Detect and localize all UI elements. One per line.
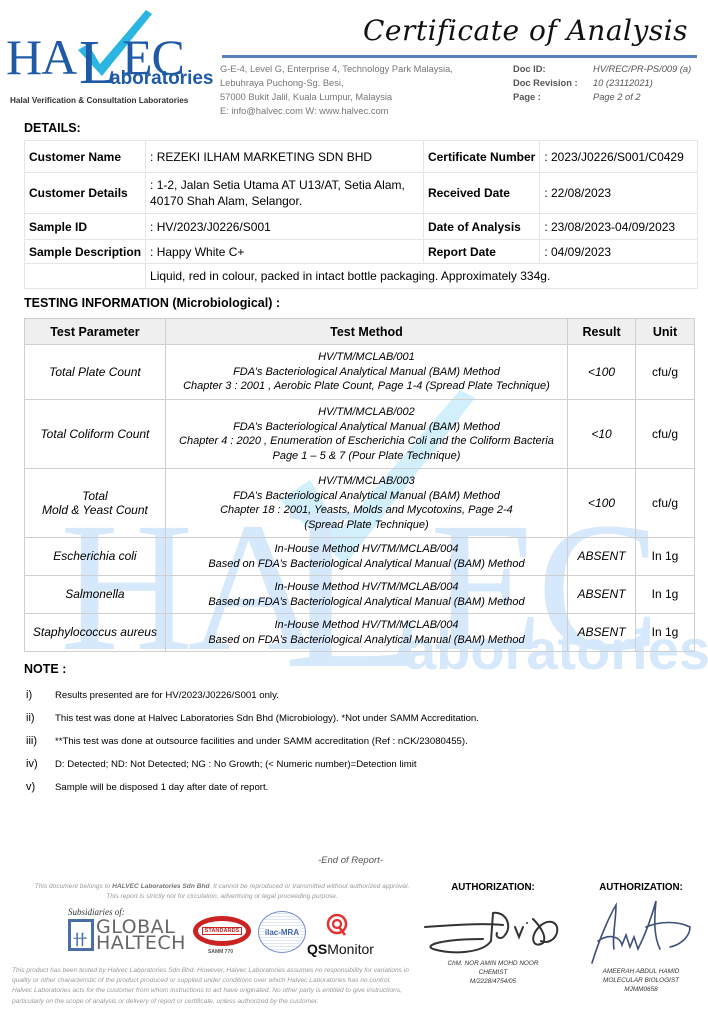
authorization-heading: AUTHORIZATION: [418,882,568,893]
authorizer-name: ChM. NOR AMIN MOHD NOOR [418,959,568,968]
doc-id-label: Doc ID: [513,62,593,76]
details-table: Customer Name : REZEKI ILHAM MARKETING S… [24,140,698,289]
authorization-heading: AUTHORIZATION: [566,882,708,893]
note-number: v) [26,781,55,793]
test-row: Total Coliform CountHV/TM/MCLAB/002FDA’s… [25,400,695,469]
test-parameter-line: Total [29,489,161,504]
test-method-line: Based on FDA’s Bacteriological Analytica… [170,633,563,648]
authorizer-title: CHEMIST [418,968,568,977]
disclaimer-company: HALVEC Laboratories Sdn Bhd [112,883,209,890]
test-method: HV/TM/MCLAB/001FDA’s Bacteriological Ana… [165,345,567,400]
notes-list: i) Results presented are for HV/2023/J02… [26,689,686,804]
test-method-line: Based on FDA’s Bacteriological Analytica… [170,595,563,610]
authorization-chemist: AUTHORIZATION: ChM. NOR AMIN MOHD NOOR C… [418,882,568,986]
address-line: G-E-4, Level G, Enterprise 4, Technology… [220,62,453,76]
qs-bold: QS [307,941,327,957]
test-method-line: Chapter 4 : 2020 , Enumeration of Escher… [170,434,563,449]
test-result: ABSENT [568,576,636,614]
doc-id-row: Doc ID: HV/REC/PR-PS/009 (a) [513,62,691,76]
test-unit: In 1g [636,576,695,614]
date-of-analysis-value: : 23/08/2023-04/09/2023 [540,214,698,240]
test-unit: cfu/g [636,469,695,538]
authorization-biologist: AUTHORIZATION: AMEERAH ABDUL HAMID MOLEC… [566,882,708,994]
testing-heading: TESTING INFORMATION (Microbiological) : [24,296,280,310]
test-method: HV/TM/MCLAB/003FDA’s Bacteriological Ana… [165,469,567,538]
sample-description-value: : Happy White C+ [146,240,424,264]
test-method-line: HV/TM/MCLAB/001 [170,350,563,365]
test-method: In-House Method HV/TM/MCLAB/004Based on … [165,576,567,614]
test-method-line: (Spread Plate Technique) [170,518,563,533]
test-parameter: Salmonella [25,576,166,614]
details-row: Customer Details : 1-2, Jalan Setia Utam… [25,173,698,214]
test-parameter-line: Total Coliform Count [29,427,161,442]
end-of-report: -End of Report- [318,855,383,866]
col-unit: Unit [636,319,695,345]
test-parameter: Total Coliform Count [25,400,166,469]
test-method-line: In-House Method HV/TM/MCLAB/004 [170,542,563,557]
signature-chemist-icon [423,897,563,959]
authorizer-name: AMEERAH ABDUL HAMID [566,967,708,976]
disclaimer-line: This document belongs to HALVEC Laborato… [8,882,436,892]
test-method: HV/TM/MCLAB/002FDA’s Bacteriological Ana… [165,400,567,469]
doc-revision-row: Doc Revision : 10 (23112021) [513,76,691,90]
test-parameter: Escherichia coli [25,538,166,576]
customer-details-value: : 1-2, Jalan Setia Utama AT U13/AT, Seti… [146,173,424,214]
test-row: Total Plate CountHV/TM/MCLAB/001FDA’s Ba… [25,345,695,400]
global-haltech-logo: 卄 GLOBAL HALTECH [68,919,186,951]
disclaimer-line: This report is strictly not for circulat… [8,892,436,902]
doc-id-value: HV/REC/PR-PS/009 (a) [593,62,691,76]
testing-table: Test Parameter Test Method Result Unit T… [24,318,695,652]
test-method: In-House Method HV/TM/MCLAB/004Based on … [165,614,567,652]
sample-id-value: : HV/2023/J0226/S001 [146,214,424,240]
details-row: Customer Name : REZEKI ILHAM MARKETING S… [25,141,698,173]
contact-line: E: info@halvec.com W: www.halvec.com [220,104,453,118]
qsmonitor-logo: QSMonitor [307,941,374,957]
logo-tagline: Halal Verification & Consultation Labora… [10,96,188,105]
test-method-line: HV/TM/MCLAB/002 [170,405,563,420]
customer-name-value: : REZEKI ILHAM MARKETING SDN BHD [146,141,424,173]
note-text: Sample will be disposed 1 day after date… [55,781,268,793]
note-item: v) Sample will be disposed 1 day after d… [26,781,686,804]
test-method-line: In-House Method HV/TM/MCLAB/004 [170,618,563,633]
sample-description-label: Sample Description [25,240,146,264]
test-row: SalmonellaIn-House Method HV/TM/MCLAB/00… [25,576,695,614]
page-row: Page : Page 2 of 2 [513,90,691,104]
authorizer-reg: M/2228/4754/05 [418,977,568,986]
test-result: <10 [568,400,636,469]
page-label: Page : [513,90,593,104]
received-date-value: : 22/08/2023 [540,173,698,214]
test-method-line: Page 1 – 5 & 7 (Pour Plate Technique) [170,449,563,464]
col-test-method: Test Method [165,319,567,345]
test-parameter: TotalMold & Yeast Count [25,469,166,538]
test-method: In-House Method HV/TM/MCLAB/004Based on … [165,538,567,576]
address-line: Lebuhraya Puchong-Sg. Besi, [220,76,453,90]
test-result: <100 [568,469,636,538]
note-item: ii) This test was done at Halvec Laborat… [26,712,686,735]
date-of-analysis-label: Date of Analysis [423,214,539,240]
note-number: iii) [26,735,55,747]
standards-label: STANDARDS [202,927,243,935]
address-line: 57000 Bukit Jalil, Kuala Lumpur, Malaysi… [220,90,453,104]
doc-info: Doc ID: HV/REC/PR-PS/009 (a) Doc Revisio… [513,62,691,104]
disclaimer-prefix: This document belongs to [35,883,112,890]
customer-name-label: Customer Name [25,141,146,173]
test-parameter-line: Escherichia coli [29,549,161,564]
customer-address-line: : 1-2, Jalan Setia Utama AT U13/AT, Seti… [150,177,419,193]
note-text: This test was done at Halvec Laboratorie… [55,712,479,724]
samm-label: SAMM 770 [208,949,233,955]
note-number: iv) [26,758,55,770]
document-title: Certificate of Analysis [363,14,688,47]
test-method-line: In-House Method HV/TM/MCLAB/004 [170,580,563,595]
test-unit: cfu/g [636,345,695,400]
test-parameter-line: Salmonella [29,587,161,602]
test-method-line: Chapter 3 : 2001 , Aerobic Plate Count, … [170,379,563,394]
test-method-line: HV/TM/MCLAB/003 [170,474,563,489]
test-parameter: Total Plate Count [25,345,166,400]
received-date-label: Received Date [423,173,539,214]
note-item: iii) **This test was done at outsource f… [26,735,686,758]
ilac-label: ilac-MRA [264,928,300,937]
logo-ha: HA [6,32,76,82]
test-parameter-line: Staphylococcus aureus [29,625,161,640]
global-haltech-icon: 卄 [68,919,94,951]
note-number: ii) [26,712,55,724]
test-row: TotalMold & Yeast CountHV/TM/MCLAB/003FD… [25,469,695,538]
test-row: Escherichia coliIn-House Method HV/TM/MC… [25,538,695,576]
company-address: G-E-4, Level G, Enterprise 4, Technology… [220,62,453,118]
disclaimer-suffix: . It cannot be reproduced or transmitted… [210,883,410,890]
note-number: i) [26,689,55,701]
report-date-value: : 04/09/2023 [540,240,698,264]
test-method-line: FDA’s Bacteriological Analytical Manual … [170,365,563,380]
report-date-label: Report Date [423,240,539,264]
ilac-mra-logo: ilac-MRA [258,911,306,953]
details-row: Sample Description : Happy White C+ Repo… [25,240,698,264]
haltech-line: HALTECH [96,935,186,951]
test-unit: In 1g [636,614,695,652]
certificate-number-value: : 2023/J0226/S001/C0429 [540,141,698,173]
header-divider [222,55,697,58]
notes-heading: NOTE : [24,662,66,676]
col-test-parameter: Test Parameter [25,319,166,345]
test-method-line: FDA’s Bacteriological Analytical Manual … [170,420,563,435]
note-item: i) Results presented are for HV/2023/J02… [26,689,686,712]
note-text: D: Detected; ND: Not Detected; NG : No G… [55,758,417,770]
halvec-logo: HA L EC aboratories Halal Verification &… [6,8,216,106]
qsmonitor-icon [325,913,349,937]
sample-id-label: Sample ID [25,214,146,240]
liability-disclaimer: This product has been tested by Halvec L… [12,966,412,1007]
test-method-line: FDA’s Bacteriological Analytical Manual … [170,489,563,504]
test-parameter-line: Mold & Yeast Count [29,503,161,518]
signature-biologist-icon [586,897,696,967]
details-heading: DETAILS: [24,121,81,135]
test-unit: cfu/g [636,400,695,469]
qs-rest: Monitor [327,941,374,957]
details-row: Sample ID : HV/2023/J0226/S001 Date of A… [25,214,698,240]
doc-revision-label: Doc Revision : [513,76,593,90]
test-row: Staphylococcus aureusIn-House Method HV/… [25,614,695,652]
test-result: ABSENT [568,614,636,652]
standards-malaysia-logo: STANDARDS [193,916,251,946]
test-unit: In 1g [636,538,695,576]
certificate-number-label: Certificate Number [423,141,539,173]
sample-note: Liquid, red in colour, packed in intact … [146,264,698,289]
authorizer-title: MOLECULAR BIOLOGIST [566,976,708,985]
global-haltech-text: GLOBAL HALTECH [96,919,186,951]
note-text: Results presented are for HV/2023/J0226/… [55,689,279,701]
details-row: Liquid, red in colour, packed in intact … [25,264,698,289]
col-result: Result [568,319,636,345]
doc-revision-value: 10 (23112021) [593,76,653,90]
test-method-line: Chapter 18 : 2001, Yeasts, Molds and Myc… [170,503,563,518]
test-result: <100 [568,345,636,400]
test-method-line: Based on FDA’s Bacteriological Analytica… [170,557,563,572]
test-result: ABSENT [568,538,636,576]
testing-header-row: Test Parameter Test Method Result Unit [25,319,695,345]
empty-cell [25,264,146,289]
ownership-disclaimer: This document belongs to HALVEC Laborato… [8,882,436,902]
note-text: **This test was done at outsource facili… [55,735,468,747]
page-value: Page 2 of 2 [593,90,641,104]
test-parameter-line: Total Plate Count [29,365,161,380]
test-parameter: Staphylococcus aureus [25,614,166,652]
customer-details-label: Customer Details [25,173,146,214]
note-item: iv) D: Detected; ND: Not Detected; NG : … [26,758,686,781]
authorizer-reg: MJMM0658 [566,985,708,994]
customer-address-line: 40170 Shah Alam, Selangor. [150,193,419,209]
logo-laboratories: aboratories [110,69,213,88]
